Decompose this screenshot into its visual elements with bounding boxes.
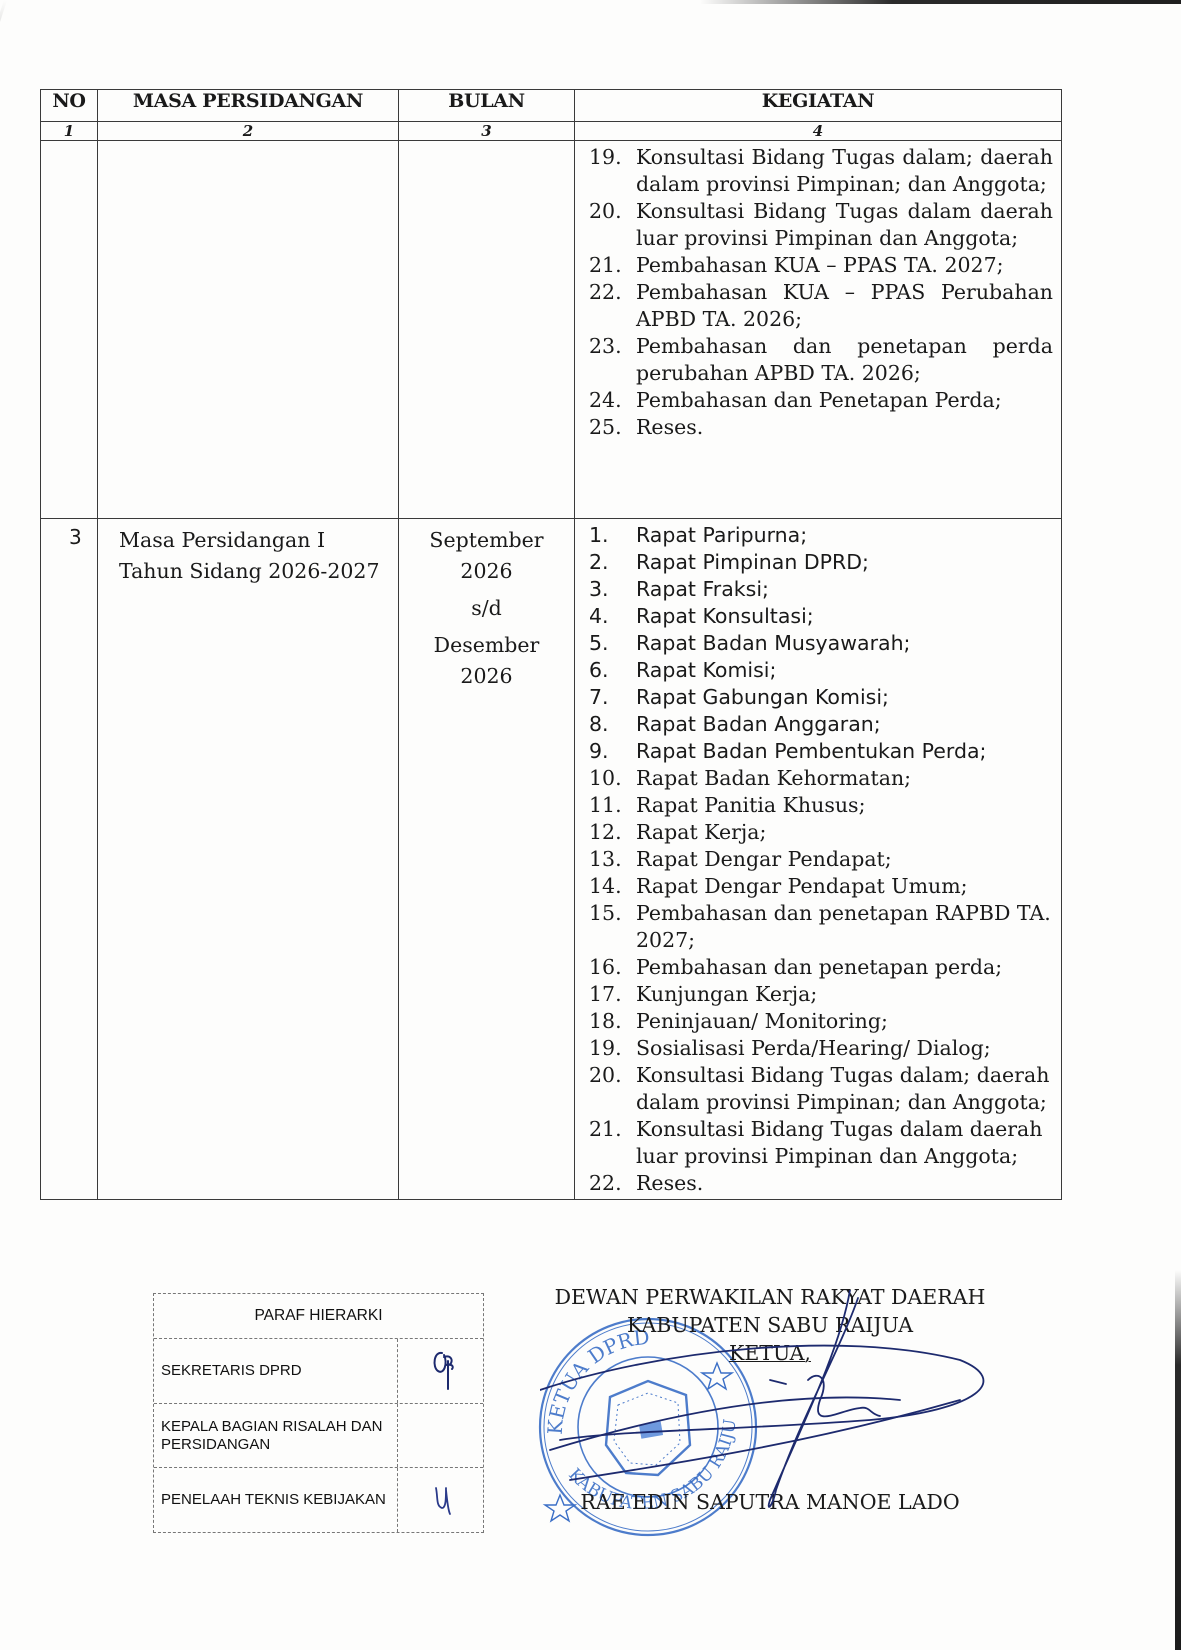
kegiatan-text: Konsultasi Bidang Tugas dalam; daerah da… — [636, 144, 1053, 198]
kegiatan-number: 1. — [589, 522, 636, 549]
kegiatan-item: 22.Reses. — [589, 1170, 1053, 1197]
kegiatan-number: 17. — [589, 981, 636, 1008]
paraf-label: SEKRETARIS DPRD — [154, 1339, 398, 1403]
kegiatan-item: 10.Rapat Badan Kehormatan; — [589, 765, 1053, 792]
kegiatan-item: 19.Sosialisasi Perda/Hearing/ Dialog; — [589, 1035, 1053, 1062]
kegiatan-text: Pembahasan KUA – PPAS Perubahan APBD TA.… — [636, 279, 1053, 333]
kegiatan-text: Rapat Kerja; — [636, 819, 1053, 846]
kegiatan-item: 1.Rapat Paripurna; — [589, 522, 1053, 549]
kegiatan-item: 19.Konsultasi Bidang Tugas dalam; daerah… — [589, 144, 1053, 198]
kegiatan-number: 8. — [589, 711, 636, 738]
kegiatan-text: Rapat Badan Pembentukan Perda; — [636, 738, 1053, 765]
kegiatan-item: 22.Pembahasan KUA – PPAS Perubahan APBD … — [589, 279, 1053, 333]
kegiatan-item: 16.Pembahasan dan penetapan perda; — [589, 954, 1053, 981]
kegiatan-item: 2.Rapat Pimpinan DPRD; — [589, 549, 1053, 576]
kegiatan-number: 24. — [589, 387, 636, 414]
kegiatan-text: Rapat Dengar Pendapat; — [636, 846, 1053, 873]
bulan-separator: s/d — [399, 593, 574, 624]
scan-mark — [0, 0, 7, 58]
kegiatan-text: Rapat Panitia Khusus; — [636, 792, 1053, 819]
kegiatan-number: 20. — [589, 1062, 636, 1116]
initial-mark-icon — [398, 1339, 490, 1403]
scan-edge-top — [700, 0, 1181, 4]
bulan-end-year: 2026 — [399, 661, 574, 692]
kegiatan-number: 19. — [589, 1035, 636, 1062]
kegiatan-number: 15. — [589, 900, 636, 954]
cell-kegiatan: 1.Rapat Paripurna;2.Rapat Pimpinan DPRD;… — [575, 519, 1062, 1200]
column-number: 4 — [575, 122, 1062, 141]
header-row: NO MASA PERSIDANGAN BULAN KEGIATAN — [41, 90, 1062, 122]
kegiatan-item: 17.Kunjungan Kerja; — [589, 981, 1053, 1008]
cell-bulan: September 2026 s/d Desember 2026 — [399, 519, 575, 1200]
column-number: 1 — [41, 122, 98, 141]
paraf-hierarki-table: PARAF HIERARKI SEKRETARIS DPRD KEPALA BA… — [153, 1293, 484, 1533]
kegiatan-number: 3. — [589, 576, 636, 603]
kegiatan-item: 11.Rapat Panitia Khusus; — [589, 792, 1053, 819]
kegiatan-item: 9.Rapat Badan Pembentukan Perda; — [589, 738, 1053, 765]
kegiatan-text: Rapat Dengar Pendapat Umum; — [636, 873, 1053, 900]
header-kegiatan: KEGIATAN — [575, 90, 1062, 122]
header-masa-persidangan: MASA PERSIDANGAN — [98, 90, 399, 122]
kegiatan-text: Pembahasan dan Penetapan Perda; — [636, 387, 1053, 414]
header-no: NO — [41, 90, 98, 122]
kegiatan-item: 18.Peninjauan/ Monitoring; — [589, 1008, 1053, 1035]
kegiatan-item: 21.Konsultasi Bidang Tugas dalam daerah … — [589, 1116, 1053, 1170]
kegiatan-number: 22. — [589, 1170, 636, 1197]
table-row: 19.Konsultasi Bidang Tugas dalam; daerah… — [41, 141, 1062, 519]
kegiatan-number: 6. — [589, 657, 636, 684]
kegiatan-number: 23. — [589, 333, 636, 387]
handwritten-signature-icon — [540, 1290, 1010, 1550]
kegiatan-item: 20.Konsultasi Bidang Tugas dalam daerah … — [589, 198, 1053, 252]
paraf-row: SEKRETARIS DPRD — [154, 1339, 483, 1404]
paraf-row: PENELAAH TEKNIS KEBIJAKAN — [154, 1468, 483, 1532]
header-bulan: BULAN — [399, 90, 575, 122]
kegiatan-number: 11. — [589, 792, 636, 819]
kegiatan-text: Rapat Badan Anggaran; — [636, 711, 1053, 738]
column-number-row: 1 2 3 4 — [41, 122, 1062, 141]
kegiatan-number: 25. — [589, 414, 636, 441]
cell-no — [41, 141, 98, 519]
kegiatan-item: 12.Rapat Kerja; — [589, 819, 1053, 846]
schedule-table: NO MASA PERSIDANGAN BULAN KEGIATAN 1 2 3… — [40, 89, 1062, 1200]
kegiatan-item: 20.Konsultasi Bidang Tugas dalam; daerah… — [589, 1062, 1053, 1116]
kegiatan-number: 18. — [589, 1008, 636, 1035]
kegiatan-item: 15.Pembahasan dan penetapan RAPBD TA. 20… — [589, 900, 1053, 954]
kegiatan-item: 24.Pembahasan dan Penetapan Perda; — [589, 387, 1053, 414]
bulan-start-year: 2026 — [399, 556, 574, 587]
kegiatan-item: 5.Rapat Badan Musyawarah; — [589, 630, 1053, 657]
kegiatan-item: 14.Rapat Dengar Pendapat Umum; — [589, 873, 1053, 900]
kegiatan-number: 7. — [589, 684, 636, 711]
kegiatan-number: 20. — [589, 198, 636, 252]
kegiatan-item: 23.Pembahasan dan penetapan perda peruba… — [589, 333, 1053, 387]
paraf-title: PARAF HIERARKI — [154, 1294, 483, 1339]
bulan-start-month: September — [399, 525, 574, 556]
kegiatan-text: Rapat Konsultasi; — [636, 603, 1053, 630]
cell-masa-persidangan — [98, 141, 399, 519]
paraf-initial-cell — [398, 1339, 483, 1403]
kegiatan-text: Rapat Badan Kehormatan; — [636, 765, 1053, 792]
kegiatan-number: 2. — [589, 549, 636, 576]
kegiatan-text: Rapat Paripurna; — [636, 522, 1053, 549]
kegiatan-number: 12. — [589, 819, 636, 846]
kegiatan-text: Reses. — [636, 1170, 1053, 1197]
paraf-initial-cell — [398, 1404, 483, 1467]
initial-mark-icon — [398, 1468, 490, 1532]
kegiatan-number: 9. — [589, 738, 636, 765]
kegiatan-number: 10. — [589, 765, 636, 792]
bulan-end-month: Desember — [399, 630, 574, 661]
cell-bulan — [399, 141, 575, 519]
paraf-initial-cell — [398, 1468, 483, 1532]
kegiatan-item: 4.Rapat Konsultasi; — [589, 603, 1053, 630]
kegiatan-number: 16. — [589, 954, 636, 981]
kegiatan-item: 25.Reses. — [589, 414, 1053, 441]
kegiatan-text: Peninjauan/ Monitoring; — [636, 1008, 1053, 1035]
kegiatan-item: 13.Rapat Dengar Pendapat; — [589, 846, 1053, 873]
kegiatan-number: 19. — [589, 144, 636, 198]
cell-kegiatan: 19.Konsultasi Bidang Tugas dalam; daerah… — [575, 141, 1062, 519]
kegiatan-text: Reses. — [636, 414, 1053, 441]
kegiatan-text: Rapat Gabungan Komisi; — [636, 684, 1053, 711]
kegiatan-number: 13. — [589, 846, 636, 873]
kegiatan-text: Pembahasan dan penetapan RAPBD TA. 2027; — [636, 900, 1053, 954]
paraf-label: KEPALA BAGIAN RISALAH DAN PERSIDANGAN — [154, 1404, 398, 1467]
kegiatan-number: 5. — [589, 630, 636, 657]
kegiatan-item: 8.Rapat Badan Anggaran; — [589, 711, 1053, 738]
kegiatan-number: 22. — [589, 279, 636, 333]
kegiatan-text: Rapat Badan Musyawarah; — [636, 630, 1053, 657]
kegiatan-list: 1.Rapat Paripurna;2.Rapat Pimpinan DPRD;… — [575, 519, 1061, 1199]
kegiatan-text: Rapat Pimpinan DPRD; — [636, 549, 1053, 576]
kegiatan-item: 3.Rapat Fraksi; — [589, 576, 1053, 603]
kegiatan-number: 21. — [589, 252, 636, 279]
kegiatan-text: Sosialisasi Perda/Hearing/ Dialog; — [636, 1035, 1053, 1062]
kegiatan-text: Pembahasan dan penetapan perda; — [636, 954, 1053, 981]
kegiatan-text: Kunjungan Kerja; — [636, 981, 1053, 1008]
cell-masa-persidangan: Masa Persidangan I Tahun Sidang 2026-202… — [98, 519, 399, 1200]
kegiatan-text: Konsultasi Bidang Tugas dalam daerah lua… — [636, 198, 1053, 252]
kegiatan-item: 6.Rapat Komisi; — [589, 657, 1053, 684]
kegiatan-text: Konsultasi Bidang Tugas dalam; daerah da… — [636, 1062, 1053, 1116]
kegiatan-number: 4. — [589, 603, 636, 630]
kegiatan-text: Pembahasan dan penetapan perda perubahan… — [636, 333, 1053, 387]
scan-edge-right — [1175, 1270, 1181, 1650]
kegiatan-text: Rapat Fraksi; — [636, 576, 1053, 603]
kegiatan-text: Rapat Komisi; — [636, 657, 1053, 684]
kegiatan-number: 21. — [589, 1116, 636, 1170]
table-row: 3 Masa Persidangan I Tahun Sidang 2026-2… — [41, 519, 1062, 1200]
paraf-label: PENELAAH TEKNIS KEBIJAKAN — [154, 1468, 398, 1532]
column-number: 3 — [399, 122, 575, 141]
kegiatan-text: Konsultasi Bidang Tugas dalam daerah lua… — [636, 1116, 1053, 1170]
kegiatan-number: 14. — [589, 873, 636, 900]
cell-no: 3 — [41, 519, 98, 1200]
kegiatan-list: 19.Konsultasi Bidang Tugas dalam; daerah… — [575, 141, 1061, 443]
column-number: 2 — [98, 122, 399, 141]
kegiatan-item: 7.Rapat Gabungan Komisi; — [589, 684, 1053, 711]
kegiatan-text: Pembahasan KUA – PPAS TA. 2027; — [636, 252, 1053, 279]
paraf-row: KEPALA BAGIAN RISALAH DAN PERSIDANGAN — [154, 1404, 483, 1468]
kegiatan-item: 21.Pembahasan KUA – PPAS TA. 2027; — [589, 252, 1053, 279]
